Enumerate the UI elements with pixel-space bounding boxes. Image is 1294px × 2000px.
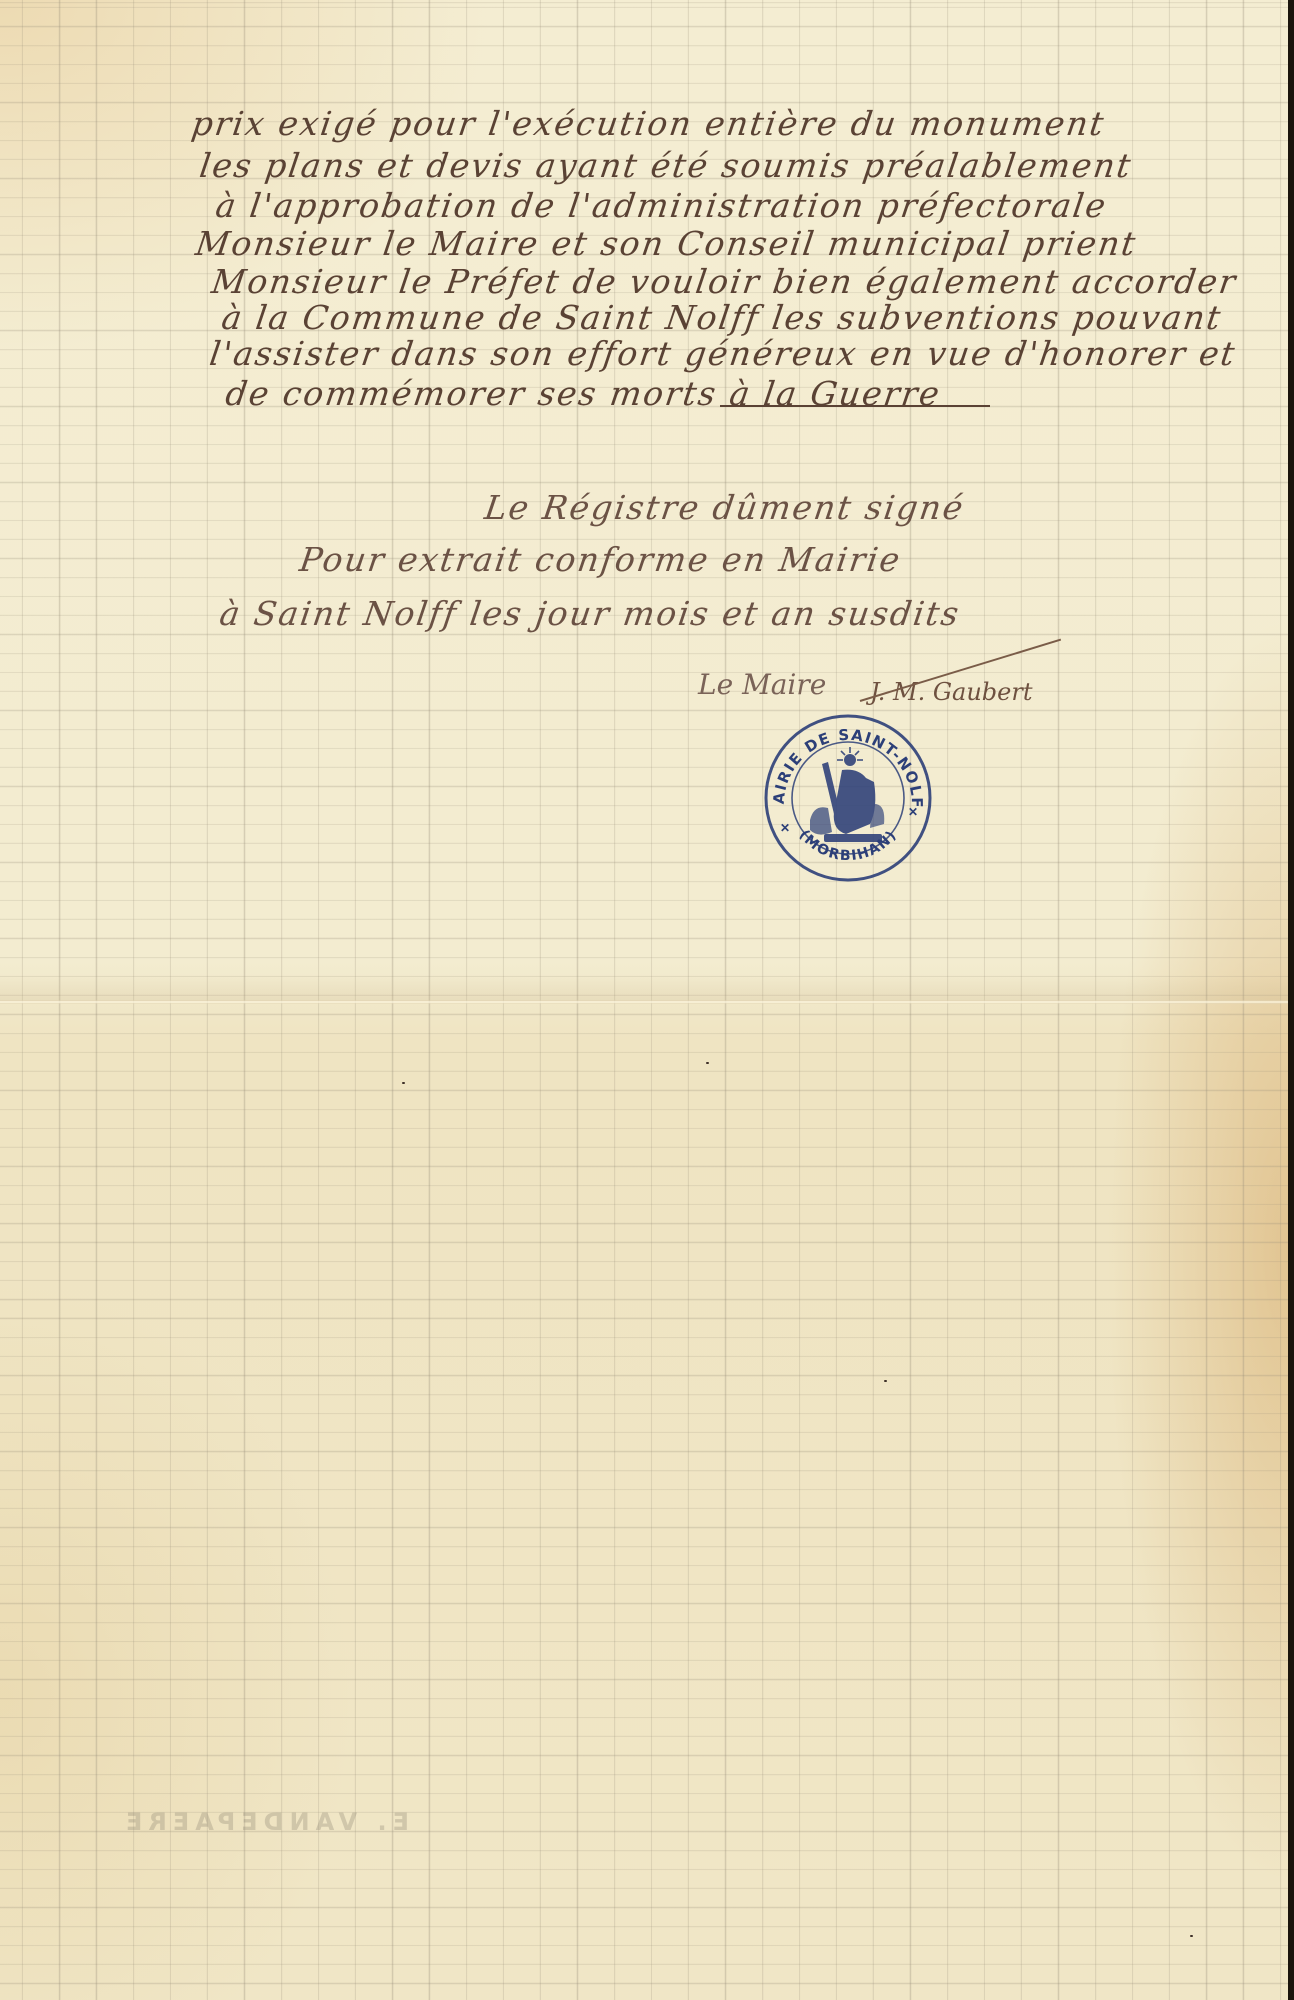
fold-shadow (0, 975, 1288, 1001)
closing-line: Pour extrait conforme en Mairie (297, 540, 904, 579)
signature-label: Le Maire (698, 668, 826, 701)
body-line: à la Commune de Saint Nolff les subventi… (219, 298, 1224, 337)
svg-text:✕: ✕ (780, 821, 790, 835)
body-line: Monsieur le Maire et son Conseil municip… (193, 224, 1139, 263)
svg-text:✕: ✕ (908, 805, 918, 819)
paper-page: E. VANDEPAERE prix exigé pour l'exécutio… (0, 0, 1288, 2000)
signature-name: J. M. Gaubert (870, 678, 1032, 706)
closing-line: Le Régistre dûment signé (482, 488, 967, 527)
closing-line: à Saint Nolff les jour mois et an susdit… (217, 594, 963, 633)
body-line: de commémorer ses morts à la Guerre (223, 374, 943, 413)
body-line: les plans et devis ayant été soumis préa… (197, 146, 1135, 185)
body-line: à l'approbation de l'administration préf… (213, 186, 1110, 225)
line-end-flourish (720, 405, 990, 407)
mairie-stamp: MAIRIE DE SAINT-NOLFF (MORBIHAN) ✕ ✕ (762, 712, 934, 884)
scan-edge (1288, 0, 1294, 2000)
body-line: l'assister dans son effort généreux en v… (207, 334, 1239, 373)
bleed-through-print: E. VANDEPAERE (120, 1808, 409, 1836)
seated-marianne-icon (810, 747, 884, 842)
horizontal-fold-crease (0, 1000, 1288, 1004)
body-line: prix exigé pour l'exécution entière du m… (189, 104, 1108, 143)
body-line: Monsieur le Préfet de vouloir bien égale… (209, 262, 1240, 301)
